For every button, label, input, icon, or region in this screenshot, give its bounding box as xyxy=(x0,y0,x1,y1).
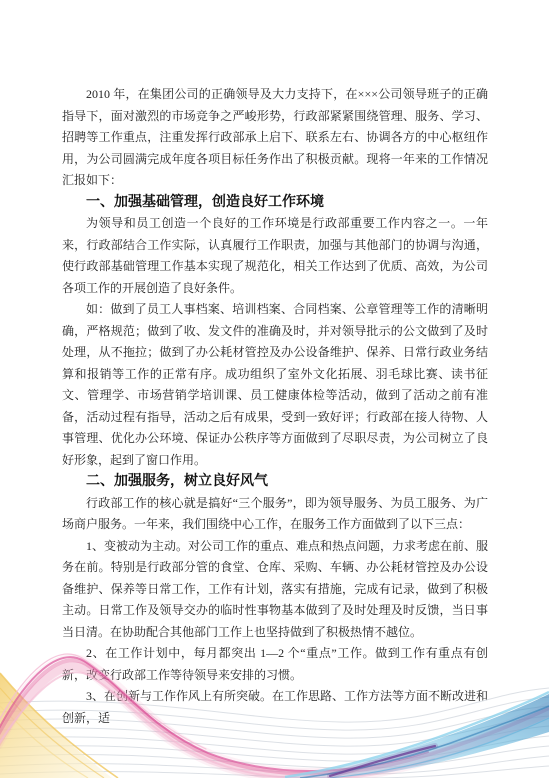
section-heading-1: 一、加强基础管理，创造良好工作环境 xyxy=(62,192,488,214)
document-body: 2010 年，在集团公司的正确领导及大力支持下，在×××公司领导班子的正确指导下… xyxy=(62,84,488,729)
paragraph: 行政部工作的核心就是搞好“三个服务”，即为领导服务、为员工服务、为广场商户服务。… xyxy=(62,493,488,536)
paragraph: 如：做到了员工人事档案、培训档案、合同档案、公章管理等工作的清晰明确，严格规范；… xyxy=(62,299,488,471)
paragraph: 1、变被动为主动。对公司工作的重点、难点和热点问题，力求考虑在前、服务在前。特别… xyxy=(62,536,488,644)
paragraph: 3、在创新与工作作风上有所突破。在工作思路、工作方法等方面不断改进和创新，适 xyxy=(62,686,488,729)
paragraph: 为领导和员工创造一个良好的工作环境是行政部重要工作内容之一。一年来，行政部结合工… xyxy=(62,213,488,299)
paragraph: 2、在工作计划中，每月都突出 1—2 个“重点”工作。做到工作有重点有创新，改变… xyxy=(62,643,488,686)
wave-purple-accent xyxy=(330,746,435,776)
section-heading-2: 二、加强服务，树立良好风气 xyxy=(62,471,488,493)
document-page: 2010 年，在集团公司的正确领导及大力支持下，在×××公司领导班子的正确指导下… xyxy=(0,0,549,778)
paragraph-intro: 2010 年，在集团公司的正确领导及大力支持下，在×××公司领导班子的正确指导下… xyxy=(62,84,488,192)
